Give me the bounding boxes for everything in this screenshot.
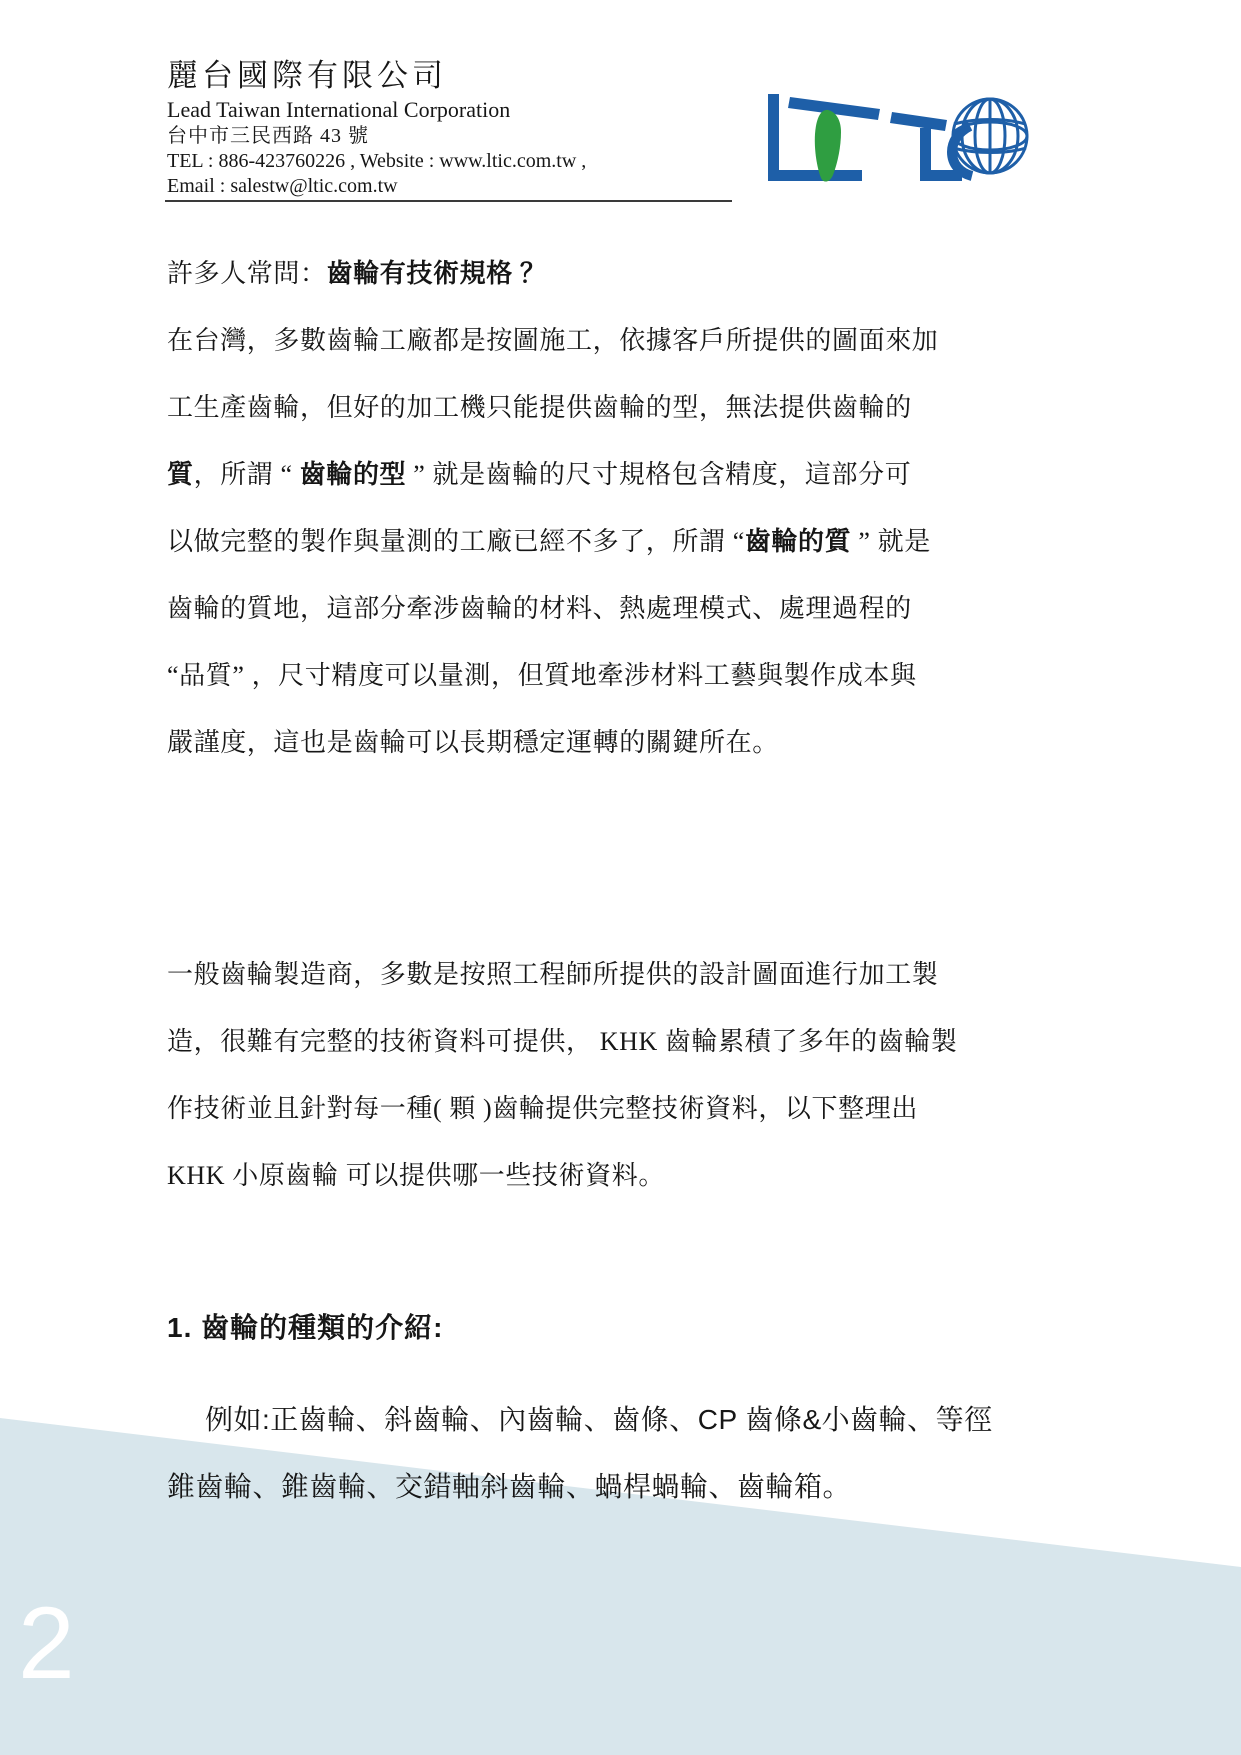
text-run: ，所謂 “ bbox=[194, 460, 300, 489]
text-run: 錐齒輪、錐齒輪、交錯軸斜齒輪、蝸桿蝸輪、齒輪箱。 bbox=[167, 1471, 851, 1502]
paragraph-khk-data: 一般齒輪製造商，多數是按照工程師所提供的設計圖面進行加工製造，很難有完整的技術資… bbox=[167, 941, 967, 1209]
text-line: 以做完整的製作與量測的工廠已經不多了，所謂 “齒輪的質 ” 就是 bbox=[167, 508, 967, 575]
text-line: 錐齒輪、錐齒輪、交錯軸斜齒輪、蝸桿蝸輪、齒輪箱。 bbox=[167, 1453, 967, 1520]
text-line: 齒輪的質地，這部分牽涉齒輪的材料、熱處理模式、處理過程的 bbox=[167, 575, 967, 642]
paragraph-gear-type-quality: 在台灣，多數齒輪工廠都是按圖施工，依據客戶所提供的圖面來加工生產齒輪，但好的加工… bbox=[167, 307, 967, 776]
text-line: 工生產齒輪，但好的加工機只能提供齒輪的型，無法提供齒輪的 bbox=[167, 374, 967, 441]
text-line: 嚴謹度，這也是齒輪可以長期穩定運轉的關鍵所在。 bbox=[167, 709, 967, 776]
text-run: 齒輪的型 bbox=[300, 460, 406, 489]
text-run: ” 就是齒輪的尺寸規格包含精度，這部分可 bbox=[406, 460, 911, 489]
gear-type-examples: 例如:正齒輪、斜齒輪、內齒輪、齒條、CP 齒條&小齒輪、等徑錐齒輪、錐齒輪、交錯… bbox=[167, 1386, 967, 1520]
text-run: 齒輪有技術規格 ？ bbox=[327, 259, 547, 288]
text-run: 齒輪的質 bbox=[745, 527, 851, 556]
text-line: 造，很難有完整的技術資料可提供， KHK 齒輪累積了多年的齒輪製 bbox=[167, 1008, 967, 1075]
document-page: 麗台國際有限公司 Lead Taiwan International Corpo… bbox=[0, 0, 1241, 1755]
document-body: 許多人常問：齒輪有技術規格 ？ 在台灣，多數齒輪工廠都是按圖施工，依據客戶所提供… bbox=[167, 240, 967, 1520]
text-run: 作技術並且針對每一種( 顆 )齒輪提供完整技術資料，以下整理出 bbox=[167, 1094, 918, 1123]
text-line: 在台灣，多數齒輪工廠都是按圖施工，依據客戶所提供的圖面來加 bbox=[167, 307, 967, 374]
text-line: KHK 小原齒輪 可以提供哪一些技術資料。 bbox=[167, 1142, 967, 1209]
text-run: 例如:正齒輪、斜齒輪、內齒輪、齒條、CP 齒條&小齒輪、等徑 bbox=[205, 1404, 993, 1435]
question-line: 許多人常問：齒輪有技術規格 ？ bbox=[167, 240, 967, 307]
text-run: 在台灣，多數齒輪工廠都是按圖施工，依據客戶所提供的圖面來加 bbox=[167, 326, 938, 355]
text-run: 質 bbox=[167, 460, 194, 489]
text-line: 許多人常問：齒輪有技術規格 ？ bbox=[167, 240, 967, 307]
text-run: KHK 小原齒輪 可以提供哪一些技術資料。 bbox=[167, 1161, 665, 1190]
text-run: 齒輪的質地，這部分牽涉齒輪的材料、熱處理模式、處理過程的 bbox=[167, 594, 912, 623]
text-line: 一般齒輪製造商，多數是按照工程師所提供的設計圖面進行加工製 bbox=[167, 941, 967, 1008]
text-line: 作技術並且針對每一種( 顆 )齒輪提供完整技術資料，以下整理出 bbox=[167, 1075, 967, 1142]
text-run: 一般齒輪製造商，多數是按照工程師所提供的設計圖面進行加工製 bbox=[167, 960, 938, 989]
text-run: 以做完整的製作與量測的工廠已經不多了，所謂 “ bbox=[167, 527, 745, 556]
text-run: ” 就是 bbox=[851, 527, 931, 556]
text-run: 造，很難有完整的技術資料可提供， KHK 齒輪累積了多年的齒輪製 bbox=[167, 1027, 958, 1056]
text-line: 質，所謂 “ 齒輪的型 ” 就是齒輪的尺寸規格包含精度，這部分可 bbox=[167, 441, 967, 508]
text-line: “品質” ，尺寸精度可以量測，但質地牽涉材料工藝與製作成本與 bbox=[167, 642, 967, 709]
page-number: 2 bbox=[18, 1588, 75, 1698]
text-run: 嚴謹度，這也是齒輪可以長期穩定運轉的關鍵所在。 bbox=[167, 728, 779, 757]
section-1-heading: 1. 齒輪的種類的介紹: bbox=[167, 1308, 967, 1348]
text-line: 例如:正齒輪、斜齒輪、內齒輪、齒條、CP 齒條&小齒輪、等徑 bbox=[167, 1386, 967, 1453]
text-run: “品質” ，尺寸精度可以量測，但質地牽涉材料工藝與製作成本與 bbox=[167, 661, 917, 690]
text-run: 許多人常問： bbox=[167, 259, 327, 288]
text-run: 工生產齒輪，但好的加工機只能提供齒輪的型，無法提供齒輪的 bbox=[167, 393, 912, 422]
